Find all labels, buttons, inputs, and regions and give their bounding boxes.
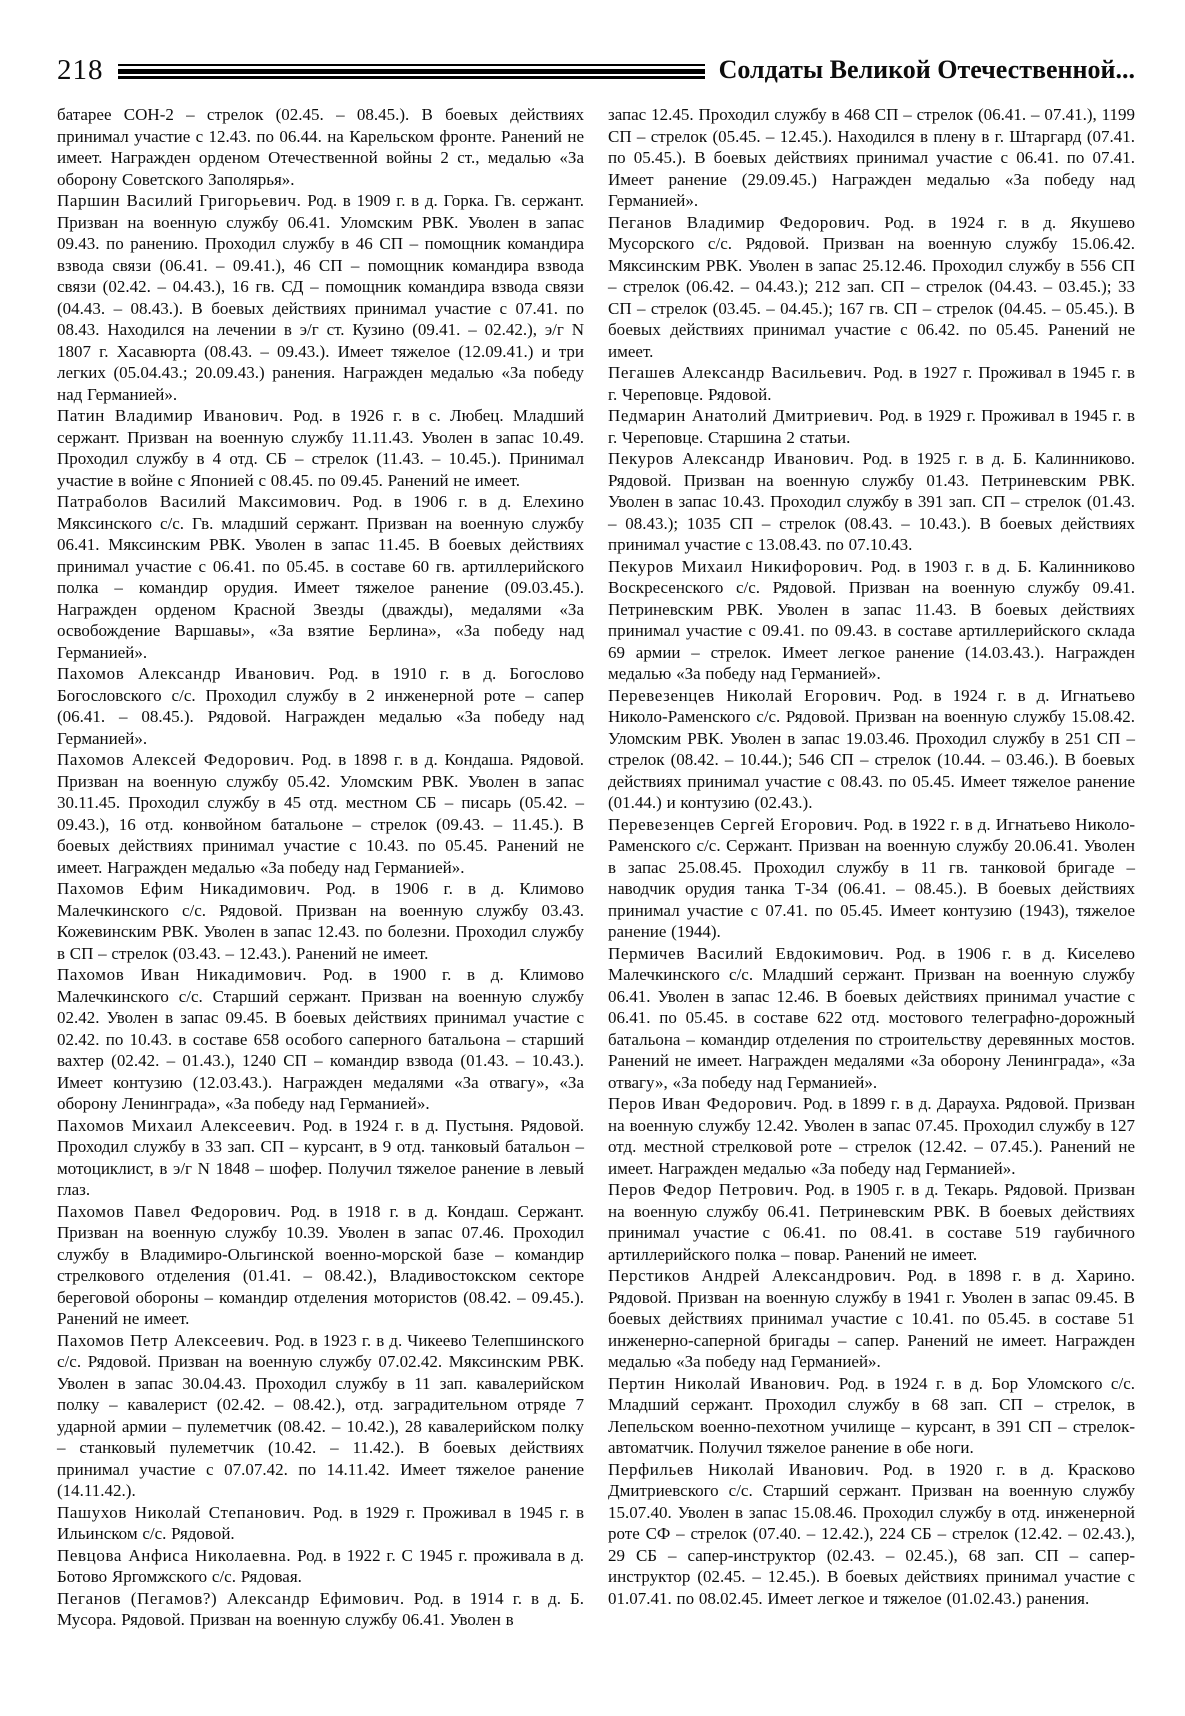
entry-name: Пегашев Александр Васильевич. — [608, 363, 867, 382]
entry-name: Пахомов Павел Федорович. — [57, 1202, 281, 1221]
soldier-entry: Перстиков Андрей Александрович. Род. в 1… — [608, 1265, 1135, 1373]
entry-name: Педмарин Анатолий Дмитриевич. — [608, 406, 874, 425]
left-column: батарее СОН-2 – стрелок (02.45. – 08.45.… — [57, 104, 584, 1631]
soldier-entry: Перевезенцев Николай Егорович. Род. в 19… — [608, 685, 1135, 814]
page-number: 218 — [57, 56, 104, 85]
soldier-entry: Пекуров Александр Иванович. Род. в 1925 … — [608, 448, 1135, 556]
page-header: 218 Солдаты Великой Отечественной... — [57, 50, 1135, 90]
entry-name: Пахомов Иван Никадимович. — [57, 965, 307, 984]
entry-name: Пахомов Петр Алексеевич. — [57, 1331, 270, 1350]
entry-name: Пахомов Александр Иванович. — [57, 664, 315, 683]
soldier-entry: Перевезенцев Сергей Егорович. Род. в 192… — [608, 814, 1135, 943]
rule-line-top — [118, 64, 705, 66]
entry-name: Патраболов Василий Максимович. — [57, 492, 341, 511]
soldier-entry: Пегашев Александр Васильевич. Род. в 192… — [608, 362, 1135, 405]
entry-name: Перов Федор Петрович. — [608, 1180, 799, 1199]
rule-line-bottom — [118, 76, 705, 79]
soldier-entry: Перов Иван Федорович. Род. в 1899 г. в д… — [608, 1093, 1135, 1179]
entry-name: Перевезенцев Сергей Егорович. — [608, 815, 858, 834]
text-columns: батарее СОН-2 – стрелок (02.45. – 08.45.… — [57, 104, 1135, 1631]
soldier-entry: Паршин Василий Григорьевич. Род. в 1909 … — [57, 190, 584, 405]
soldier-entry: Перфильев Николай Иванович. Род. в 1920 … — [608, 1459, 1135, 1610]
entry-name: Пеганов Владимир Федорович. — [608, 213, 870, 232]
soldier-entry: Пашухов Николай Степанович. Род. в 1929 … — [57, 1502, 584, 1545]
entry-text: батарее СОН-2 – стрелок (02.45. – 08.45.… — [57, 105, 584, 189]
soldier-entry: Пахомов Алексей Федорович. Род. в 1898 г… — [57, 749, 584, 878]
soldier-entry: Пертин Николай Иванович. Род. в 1924 г. … — [608, 1373, 1135, 1459]
entry-name: Паршин Василий Григорьевич. — [57, 191, 302, 210]
entry-name: Пертин Николай Иванович. — [608, 1374, 830, 1393]
entry-text: Род. в 1909 г. в д. Горка. Гв. сержант. … — [57, 191, 584, 404]
entry-name: Пеганов (Пегамов?) Александр Ефимович. — [57, 1589, 405, 1608]
entry-name: Перевезенцев Николай Егорович. — [608, 686, 882, 705]
entry-text: Род. в 1924 г. в д. Якушево Мусорского с… — [608, 213, 1135, 361]
soldier-entry: Пермичев Василий Евдокимович. Род. в 190… — [608, 943, 1135, 1094]
entry-text: Род. в 1920 г. в д. Красково Дмитриевско… — [608, 1460, 1135, 1608]
entry-name: Пекуров Михаил Никифорович. — [608, 557, 863, 576]
entry-text: Род. в 1900 г. в д. Климово Малечкинског… — [57, 965, 584, 1113]
entry-text: Род. в 1906 г. в д. Киселево Малечкинско… — [608, 944, 1135, 1092]
entry-name: Пермичев Василий Евдокимович. — [608, 944, 884, 963]
soldier-entry: Патраболов Василий Максимович. Род. в 19… — [57, 491, 584, 663]
soldier-entry: запас 12.45. Проходил службу в 468 СП – … — [608, 104, 1135, 212]
right-column: запас 12.45. Проходил службу в 468 СП – … — [608, 104, 1135, 1631]
soldier-entry: Перов Федор Петрович. Род. в 1905 г. в д… — [608, 1179, 1135, 1265]
entry-name: Перфильев Николай Иванович. — [608, 1460, 869, 1479]
rule-line-middle — [118, 69, 705, 74]
entry-name: Пашухов Николай Степанович. — [57, 1503, 306, 1522]
entry-name: Пахомов Ефим Никадимович. — [57, 879, 311, 898]
entry-name: Пахомов Алексей Федорович. — [57, 750, 295, 769]
soldier-entry: Пеганов (Пегамов?) Александр Ефимович. Р… — [57, 1588, 584, 1631]
running-title: Солдаты Великой Отечественной... — [719, 57, 1135, 83]
soldier-entry: Пахомов Александр Иванович. Род. в 1910 … — [57, 663, 584, 749]
entry-text: Род. в 1923 г. в д. Чикеево Телепшинског… — [57, 1331, 584, 1501]
entry-name: Перов Иван Федорович. — [608, 1094, 798, 1113]
book-page: 218 Солдаты Великой Отечественной... бат… — [0, 0, 1185, 1716]
soldier-entry: Пахомов Ефим Никадимович. Род. в 1906 г.… — [57, 878, 584, 964]
entry-name: Перстиков Андрей Александрович. — [608, 1266, 896, 1285]
entry-name: Пекуров Александр Иванович. — [608, 449, 854, 468]
entry-name: Певцова Анфиса Николаевна. — [57, 1546, 291, 1565]
header-rule-decoration — [118, 64, 705, 79]
soldier-entry: Пеганов Владимир Федорович. Род. в 1924 … — [608, 212, 1135, 363]
soldier-entry: Патин Владимир Иванович. Род. в 1926 г. … — [57, 405, 584, 491]
soldier-entry: Пахомов Павел Федорович. Род. в 1918 г. … — [57, 1201, 584, 1330]
entry-text: запас 12.45. Проходил службу в 468 СП – … — [608, 105, 1135, 210]
soldier-entry: Педмарин Анатолий Дмитриевич. Род. в 192… — [608, 405, 1135, 448]
soldier-entry: Пахомов Петр Алексеевич. Род. в 1923 г. … — [57, 1330, 584, 1502]
entry-text: Род. в 1906 г. в д. Елехино Мяксинского … — [57, 492, 584, 662]
soldier-entry: Пекуров Михаил Никифорович. Род. в 1903 … — [608, 556, 1135, 685]
soldier-entry: Певцова Анфиса Николаевна. Род. в 1922 г… — [57, 1545, 584, 1588]
entry-name: Пахомов Михаил Алексеевич. — [57, 1116, 296, 1135]
soldier-entry: батарее СОН-2 – стрелок (02.45. – 08.45.… — [57, 104, 584, 190]
soldier-entry: Пахомов Иван Никадимович. Род. в 1900 г.… — [57, 964, 584, 1115]
soldier-entry: Пахомов Михаил Алексеевич. Род. в 1924 г… — [57, 1115, 584, 1201]
entry-name: Патин Владимир Иванович. — [57, 406, 284, 425]
